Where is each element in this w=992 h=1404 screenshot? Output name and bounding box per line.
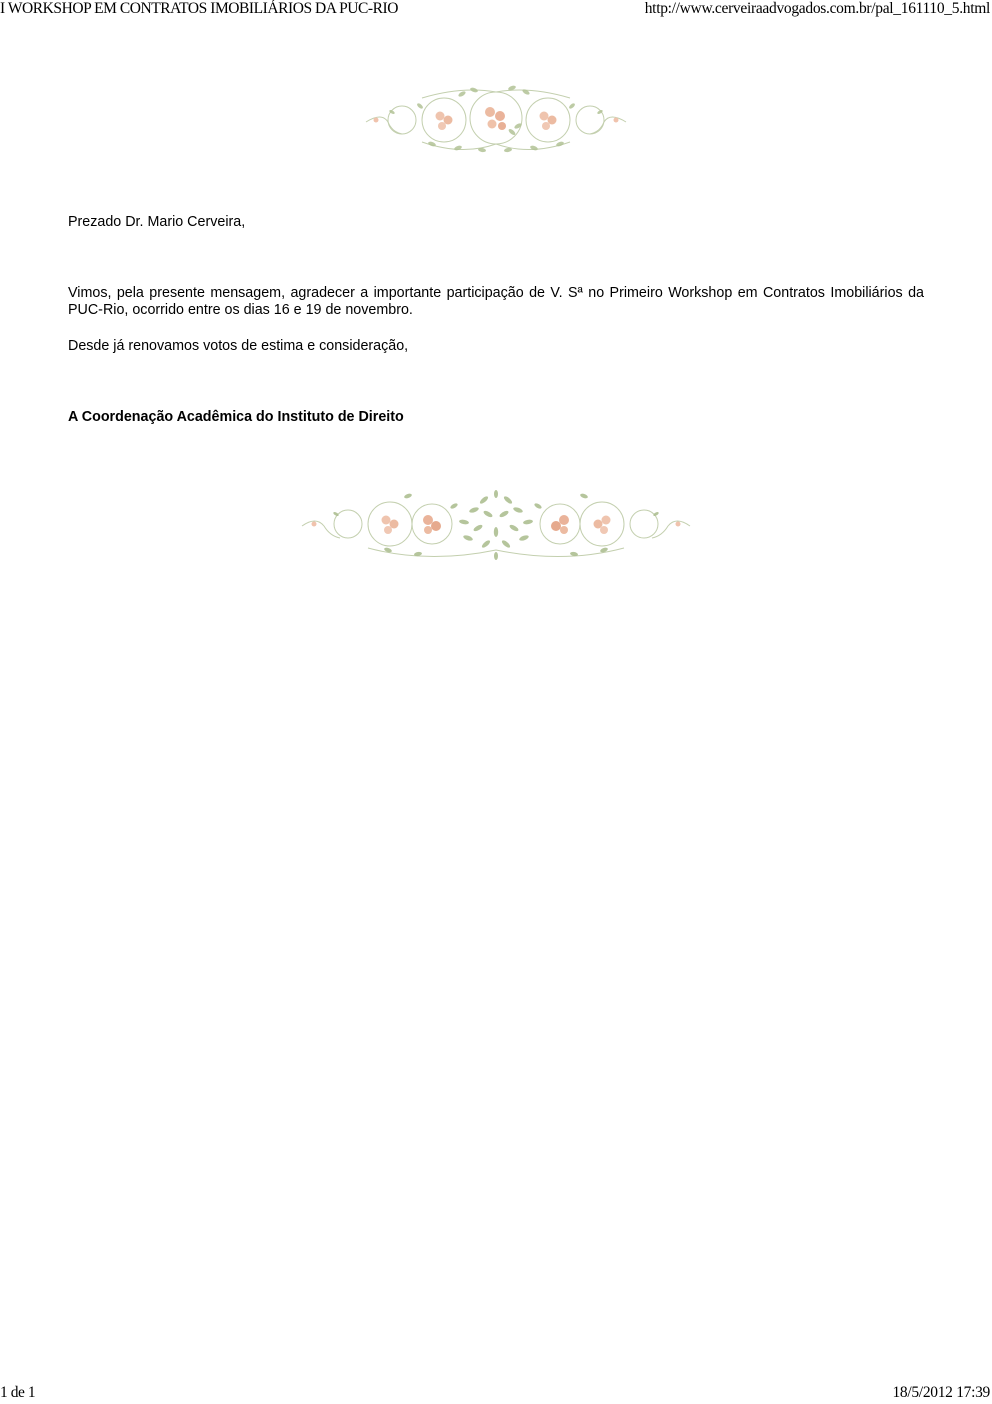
letter-signature: A Coordenação Acadêmica do Instituto de … [68, 409, 924, 426]
floral-ornament-bottom-icon [298, 484, 694, 566]
page-count: 1 de 1 [0, 1384, 35, 1402]
page-title: I WORKSHOP EM CONTRATOS IMOBILIÁRIOS DA … [0, 0, 398, 18]
letter-salutation: Prezado Dr. Mario Cerveira, [68, 214, 924, 231]
letter-body: Vimos, pela presente mensagem, agradecer… [68, 285, 924, 319]
printed-timestamp: 18/5/2012 17:39 [892, 1384, 990, 1402]
page-url: http://www.cerveiraadvogados.com.br/pal_… [645, 0, 990, 18]
letter-closing: Desde já renovamos votos de estima e con… [68, 338, 924, 355]
floral-ornament-top-icon [362, 82, 630, 158]
